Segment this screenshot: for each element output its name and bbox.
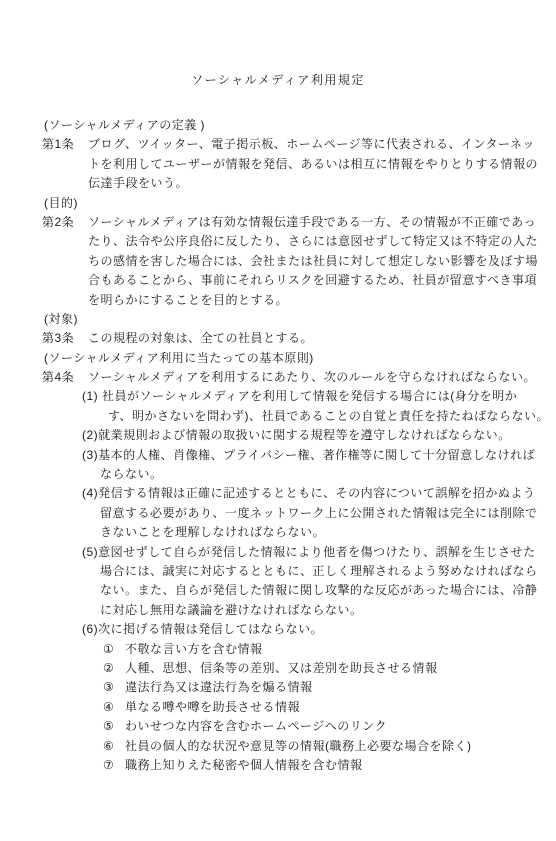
article-line: 第1条ブログ、ツイッター、電子掲示板、ホームページ等に代表される、インターネッ: [0, 135, 556, 154]
text-line: 伝達手段をいう。: [0, 174, 556, 193]
section-heading-line: (目的): [0, 194, 556, 213]
line-text: 職務上知りえた秘密や個人情報を含む情報: [125, 758, 363, 772]
numbered-item-line: ⑥社員の個人的な状況や意見等の情報(職務上必要な場合を除く): [0, 737, 556, 756]
line-text: わいせつな内容を含むホームページへのリンク: [125, 719, 387, 733]
section-heading-line: (対象): [0, 310, 556, 329]
item-number-label: ④: [103, 698, 125, 717]
line-text: ソーシャルメディアは有効な情報伝達手段である一方、その情報が不正確であっ: [88, 215, 536, 229]
text-line: (1) 社員がソーシャルメディアを利用して情報を発信する場合には(身分を明か: [0, 387, 556, 406]
text-line: (5)意図せずして自らが発信した情報により他者を傷つけたり、誤解を生じさせた: [0, 543, 556, 562]
numbered-item-line: ⑦職務上知りえた秘密や個人情報を含む情報: [0, 756, 556, 775]
text-line: 留意する必要があり、一度ネットワーク上に公開された情報は完全には削除で: [0, 504, 556, 523]
item-number-label: ③: [103, 678, 125, 697]
article-number-label: 第4条: [42, 368, 88, 387]
text-line: たり、法令や公序良俗に反したり、さらには意図せずして特定又は不特定の人た: [0, 232, 556, 251]
text-line: に対応し無用な議論を避けなければならない。: [0, 601, 556, 620]
section-heading-line: (ソーシャルメディアの定義 ): [0, 116, 556, 135]
article-number-label: 第2条: [42, 213, 88, 232]
item-number-label: ⑦: [103, 756, 125, 775]
text-line: (2)就業規則および情報の取扱いに関する規程等を遵守しなければならない。: [0, 426, 556, 445]
text-line: (4)発信する情報は正確に記述するとともに、その内容について誤解を招かぬよう: [0, 484, 556, 503]
article-line: 第2条ソーシャルメディアは有効な情報伝達手段である一方、その情報が不正確であっ: [0, 213, 556, 232]
line-text: この規程の対象は、全ての社員とする。: [88, 331, 313, 345]
text-line: す、明かさないを問わず)、社員であることの自覚と責任を持たねばならない。: [0, 407, 556, 426]
item-number-label: ⑤: [103, 717, 125, 736]
text-line: ならない。: [0, 465, 556, 484]
text-line: ない。また、自らが発信した情報に関し攻撃的な反応があった場合には、冷静: [0, 581, 556, 600]
line-text: 人種、思想、信条等の差別、又は差別を助長させる情報: [125, 661, 438, 675]
document-title: ソーシャルメディア利用規定: [0, 0, 556, 90]
document-body: (ソーシャルメディアの定義 )第1条ブログ、ツイッター、電子掲示板、ホームページ…: [0, 116, 556, 775]
text-line: (3)基本的人権、肖像権、プライバシー権、著作権等に関して十分留意しなければ: [0, 446, 556, 465]
article-line: 第3条この規程の対象は、全ての社員とする。: [0, 329, 556, 348]
item-number-label: ②: [103, 659, 125, 678]
text-line: (6)次に掲げる情報は発信してはならない。: [0, 620, 556, 639]
text-line: きないことを理解しなければならない。: [0, 523, 556, 542]
line-text: 社員の個人的な状況や意見等の情報(職務上必要な場合を除く): [125, 739, 472, 753]
numbered-item-line: ①不敬な言い方を含む情報: [0, 640, 556, 659]
section-heading-line: (ソーシャルメディア利用に当たっての基本原則): [0, 349, 556, 368]
line-text: ブログ、ツイッター、電子掲示板、ホームページ等に代表される、インターネッ: [88, 137, 535, 151]
numbered-item-line: ⑤わいせつな内容を含むホームページへのリンク: [0, 717, 556, 736]
numbered-item-line: ③違法行為又は違法行為を煽る情報: [0, 678, 556, 697]
document-page: ソーシャルメディア利用規定 (ソーシャルメディアの定義 )第1条ブログ、ツイッタ…: [0, 0, 556, 841]
article-number-label: 第1条: [42, 135, 88, 154]
line-text: 違法行為又は違法行為を煽る情報: [125, 680, 313, 694]
numbered-item-line: ④単なる噂や噂を助長させる情報: [0, 698, 556, 717]
line-text: 不敬な言い方を含む情報: [125, 642, 263, 656]
numbered-item-line: ②人種、思想、信条等の差別、又は差別を助長させる情報: [0, 659, 556, 678]
text-line: ちの感情を害した場合には、会社または社員に対して想定しない影響を及ぼす場: [0, 252, 556, 271]
line-text: ソーシャルメディアを利用するにあたり、次のルールを守らなければならない。: [88, 370, 536, 384]
text-line: 場合には、誠実に対応するとともに、正しく理解されるよう努めなければなら: [0, 562, 556, 581]
item-number-label: ⑥: [103, 737, 125, 756]
text-line: トを利用してユーザーが情報を発信、あるいは相互に情報をやりとりする情報の: [0, 155, 556, 174]
item-number-label: ①: [103, 640, 125, 659]
article-number-label: 第3条: [42, 329, 88, 348]
text-line: 合もあることから、事前にそれらリスクを回避するため、社員が留意すべき事項: [0, 271, 556, 290]
text-line: を明らかにすることを目的とする。: [0, 291, 556, 310]
line-text: 単なる噂や噂を助長させる情報: [125, 700, 300, 714]
article-line: 第4条ソーシャルメディアを利用するにあたり、次のルールを守らなければならない。: [0, 368, 556, 387]
